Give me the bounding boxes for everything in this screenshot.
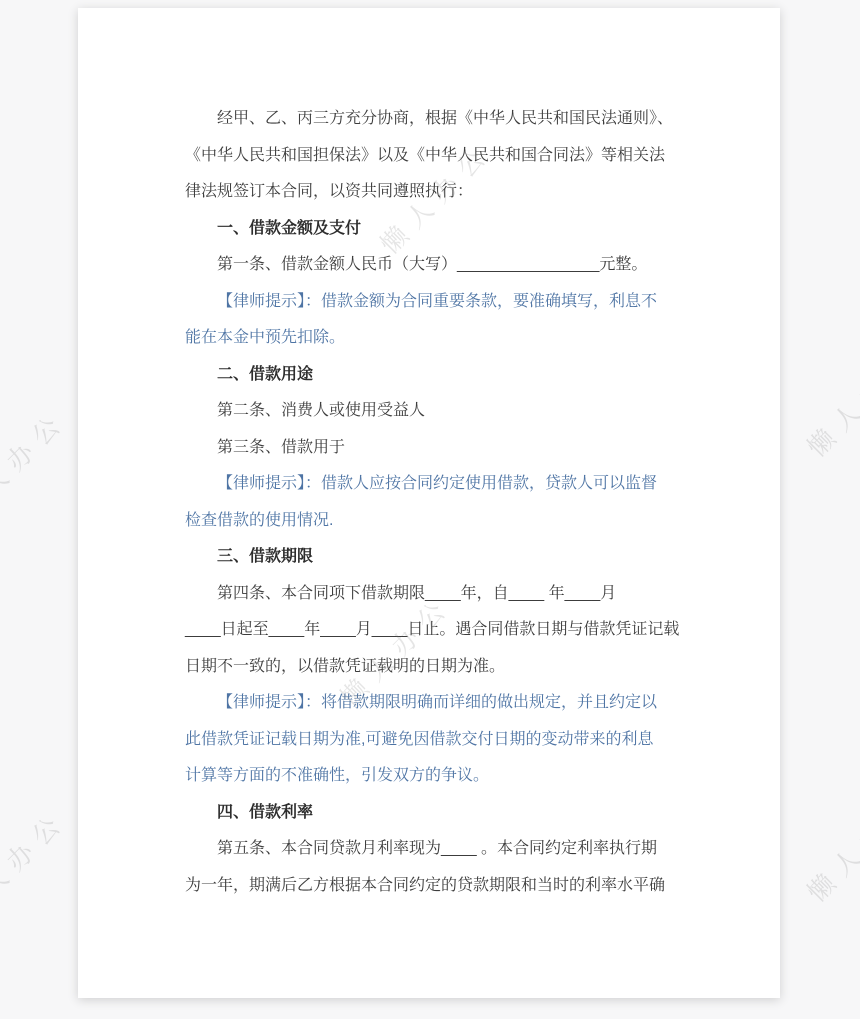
paragraph-body: 第五条、本合同贷款月利率现为____ 。本合同约定利率执行期为一年，期满后乙方根… <box>185 831 685 904</box>
paragraph-body: 第一条、借款金额人民币（大写）________________元整。 <box>185 247 685 284</box>
watermark: 懒人办公 <box>798 781 860 909</box>
text-line: 律法规签订本合同，以资共同遵照执行： <box>185 174 685 211</box>
text-line: 第二条、消费人或使用受益人 <box>185 393 685 430</box>
text-line: 【律师提示】：借款人应按合同约定使用借款，贷款人可以监督 <box>185 466 685 503</box>
paragraph-tip: 【律师提示】：借款人应按合同约定使用借款，贷款人可以监督检查借款的使用情况. <box>185 466 685 539</box>
text-line: 二、借款用途 <box>185 357 685 394</box>
text-line: 四、借款利率 <box>185 795 685 832</box>
watermark: 懒人办公 <box>798 336 860 464</box>
text-line: 计算等方面的不准确性，引发双方的争议。 <box>185 758 685 795</box>
text-line: 此借款凭证记载日期为准,可避免因借款交付日期的变动带来的利息 <box>185 722 685 759</box>
text-line: 《中华人民共和国担保法》以及《中华人民共和国合同法》等相关法 <box>185 138 685 175</box>
text-line: 日期不一致的，以借款凭证载明的日期为准。 <box>185 649 685 686</box>
paragraph-heading: 四、借款利率 <box>185 795 685 832</box>
text-line: 经甲、乙、丙三方充分协商，根据《中华人民共和国民法通则》、 <box>185 101 685 138</box>
text-line: 一、借款金额及支付 <box>185 211 685 248</box>
text-line: 【律师提示】：借款金额为合同重要条款，要准确填写，利息不 <box>185 284 685 321</box>
text-line: 【律师提示】：将借款期限明确而详细的做出规定，并且约定以 <box>185 685 685 722</box>
paragraph-body: 第二条、消费人或使用受益人 <box>185 393 685 430</box>
text-line: 能在本金中预先扣除。 <box>185 320 685 357</box>
text-line: 检查借款的使用情况. <box>185 503 685 540</box>
contract-body: 经甲、乙、丙三方充分协商，根据《中华人民共和国民法通则》、《中华人民共和国担保法… <box>185 101 685 904</box>
paragraph-heading: 一、借款金额及支付 <box>185 211 685 248</box>
paragraph-tip: 【律师提示】：将借款期限明确而详细的做出规定，并且约定以此借款凭证记载日期为准,… <box>185 685 685 795</box>
paragraph-body: 第三条、借款用于 <box>185 430 685 467</box>
paragraph-tip: 【律师提示】：借款金额为合同重要条款，要准确填写，利息不能在本金中预先扣除。 <box>185 284 685 357</box>
text-line: 第四条、本合同项下借款期限____年，自____ 年____月 <box>185 576 685 613</box>
text-line: 第三条、借款用于 <box>185 430 685 467</box>
text-line: ____日起至____年____月____日止。遇合同借款日期与借款凭证记载 <box>185 612 685 649</box>
watermark: 懒人办公 <box>0 401 74 529</box>
paragraph-body: 第四条、本合同项下借款期限____年，自____ 年____月____日起至__… <box>185 576 685 686</box>
document-viewer: 经甲、乙、丙三方充分协商，根据《中华人民共和国民法通则》、《中华人民共和国担保法… <box>0 0 860 1019</box>
document-page: 经甲、乙、丙三方充分协商，根据《中华人民共和国民法通则》、《中华人民共和国担保法… <box>78 8 780 998</box>
text-line: 三、借款期限 <box>185 539 685 576</box>
watermark: 懒人办公 <box>0 801 74 929</box>
paragraph-body: 经甲、乙、丙三方充分协商，根据《中华人民共和国民法通则》、《中华人民共和国担保法… <box>185 101 685 211</box>
text-line: 第一条、借款金额人民币（大写）________________元整。 <box>185 247 685 284</box>
text-line: 第五条、本合同贷款月利率现为____ 。本合同约定利率执行期 <box>185 831 685 868</box>
text-line: 为一年，期满后乙方根据本合同约定的贷款期限和当时的利率水平确 <box>185 868 685 905</box>
paragraph-heading: 二、借款用途 <box>185 357 685 394</box>
paragraph-heading: 三、借款期限 <box>185 539 685 576</box>
